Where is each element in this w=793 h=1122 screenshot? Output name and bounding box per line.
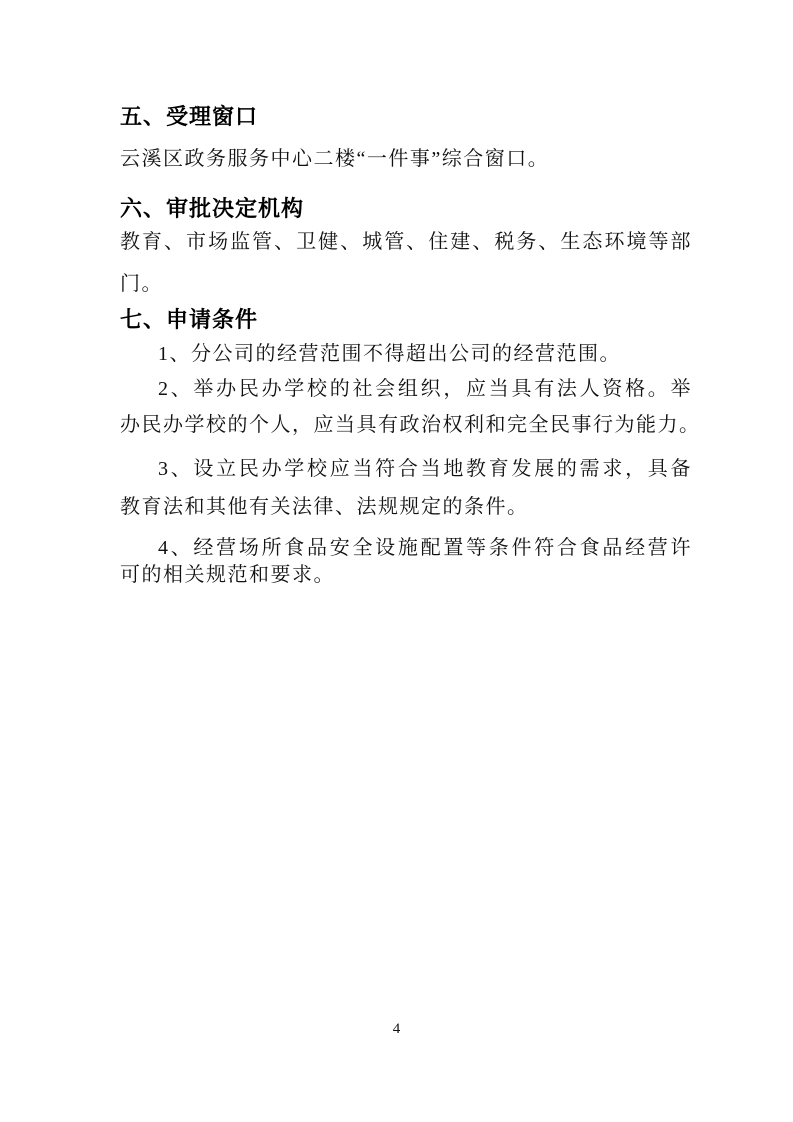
condition-item-1-line-1: 1、分公司的经营范围不得超出公司的经营范围。 xyxy=(120,341,692,367)
body-line-authority-2: 门。 xyxy=(120,271,692,297)
section-heading-approval-authority: 六、审批决定机构 xyxy=(120,196,692,222)
body-line-authority-1: 教育、市场监管、卫健、城管、住建、税务、生态环境等部 xyxy=(120,229,692,255)
condition-item-2-line-1: 2、举办民办学校的社会组织，应当具有法人资格。举 xyxy=(120,376,692,402)
condition-item-3-line-2: 教育法和其他有关法律、法规规定的条件。 xyxy=(120,494,692,520)
body-line-accept-window: 云溪区政务服务中心二楼“一件事”综合窗口。 xyxy=(120,146,692,172)
section-heading-application-conditions: 七、申请条件 xyxy=(120,307,692,333)
page-number: 4 xyxy=(0,1021,793,1038)
condition-item-4-line-1: 4、经营场所食品安全设施配置等条件符合食品经营许 xyxy=(120,535,692,561)
document-page: 五、受理窗口 云溪区政务服务中心二楼“一件事”综合窗口。 六、审批决定机构 教育… xyxy=(0,0,793,1122)
condition-item-4-line-2: 可的相关规范和要求。 xyxy=(120,562,692,588)
section-heading-accept-window: 五、受理窗口 xyxy=(120,104,692,130)
condition-item-3-line-1: 3、设立民办学校应当符合当地教育发展的需求，具备 xyxy=(120,456,692,482)
condition-item-2-line-2: 办民办学校的个人，应当具有政治权利和完全民事行为能力。 xyxy=(120,412,692,438)
